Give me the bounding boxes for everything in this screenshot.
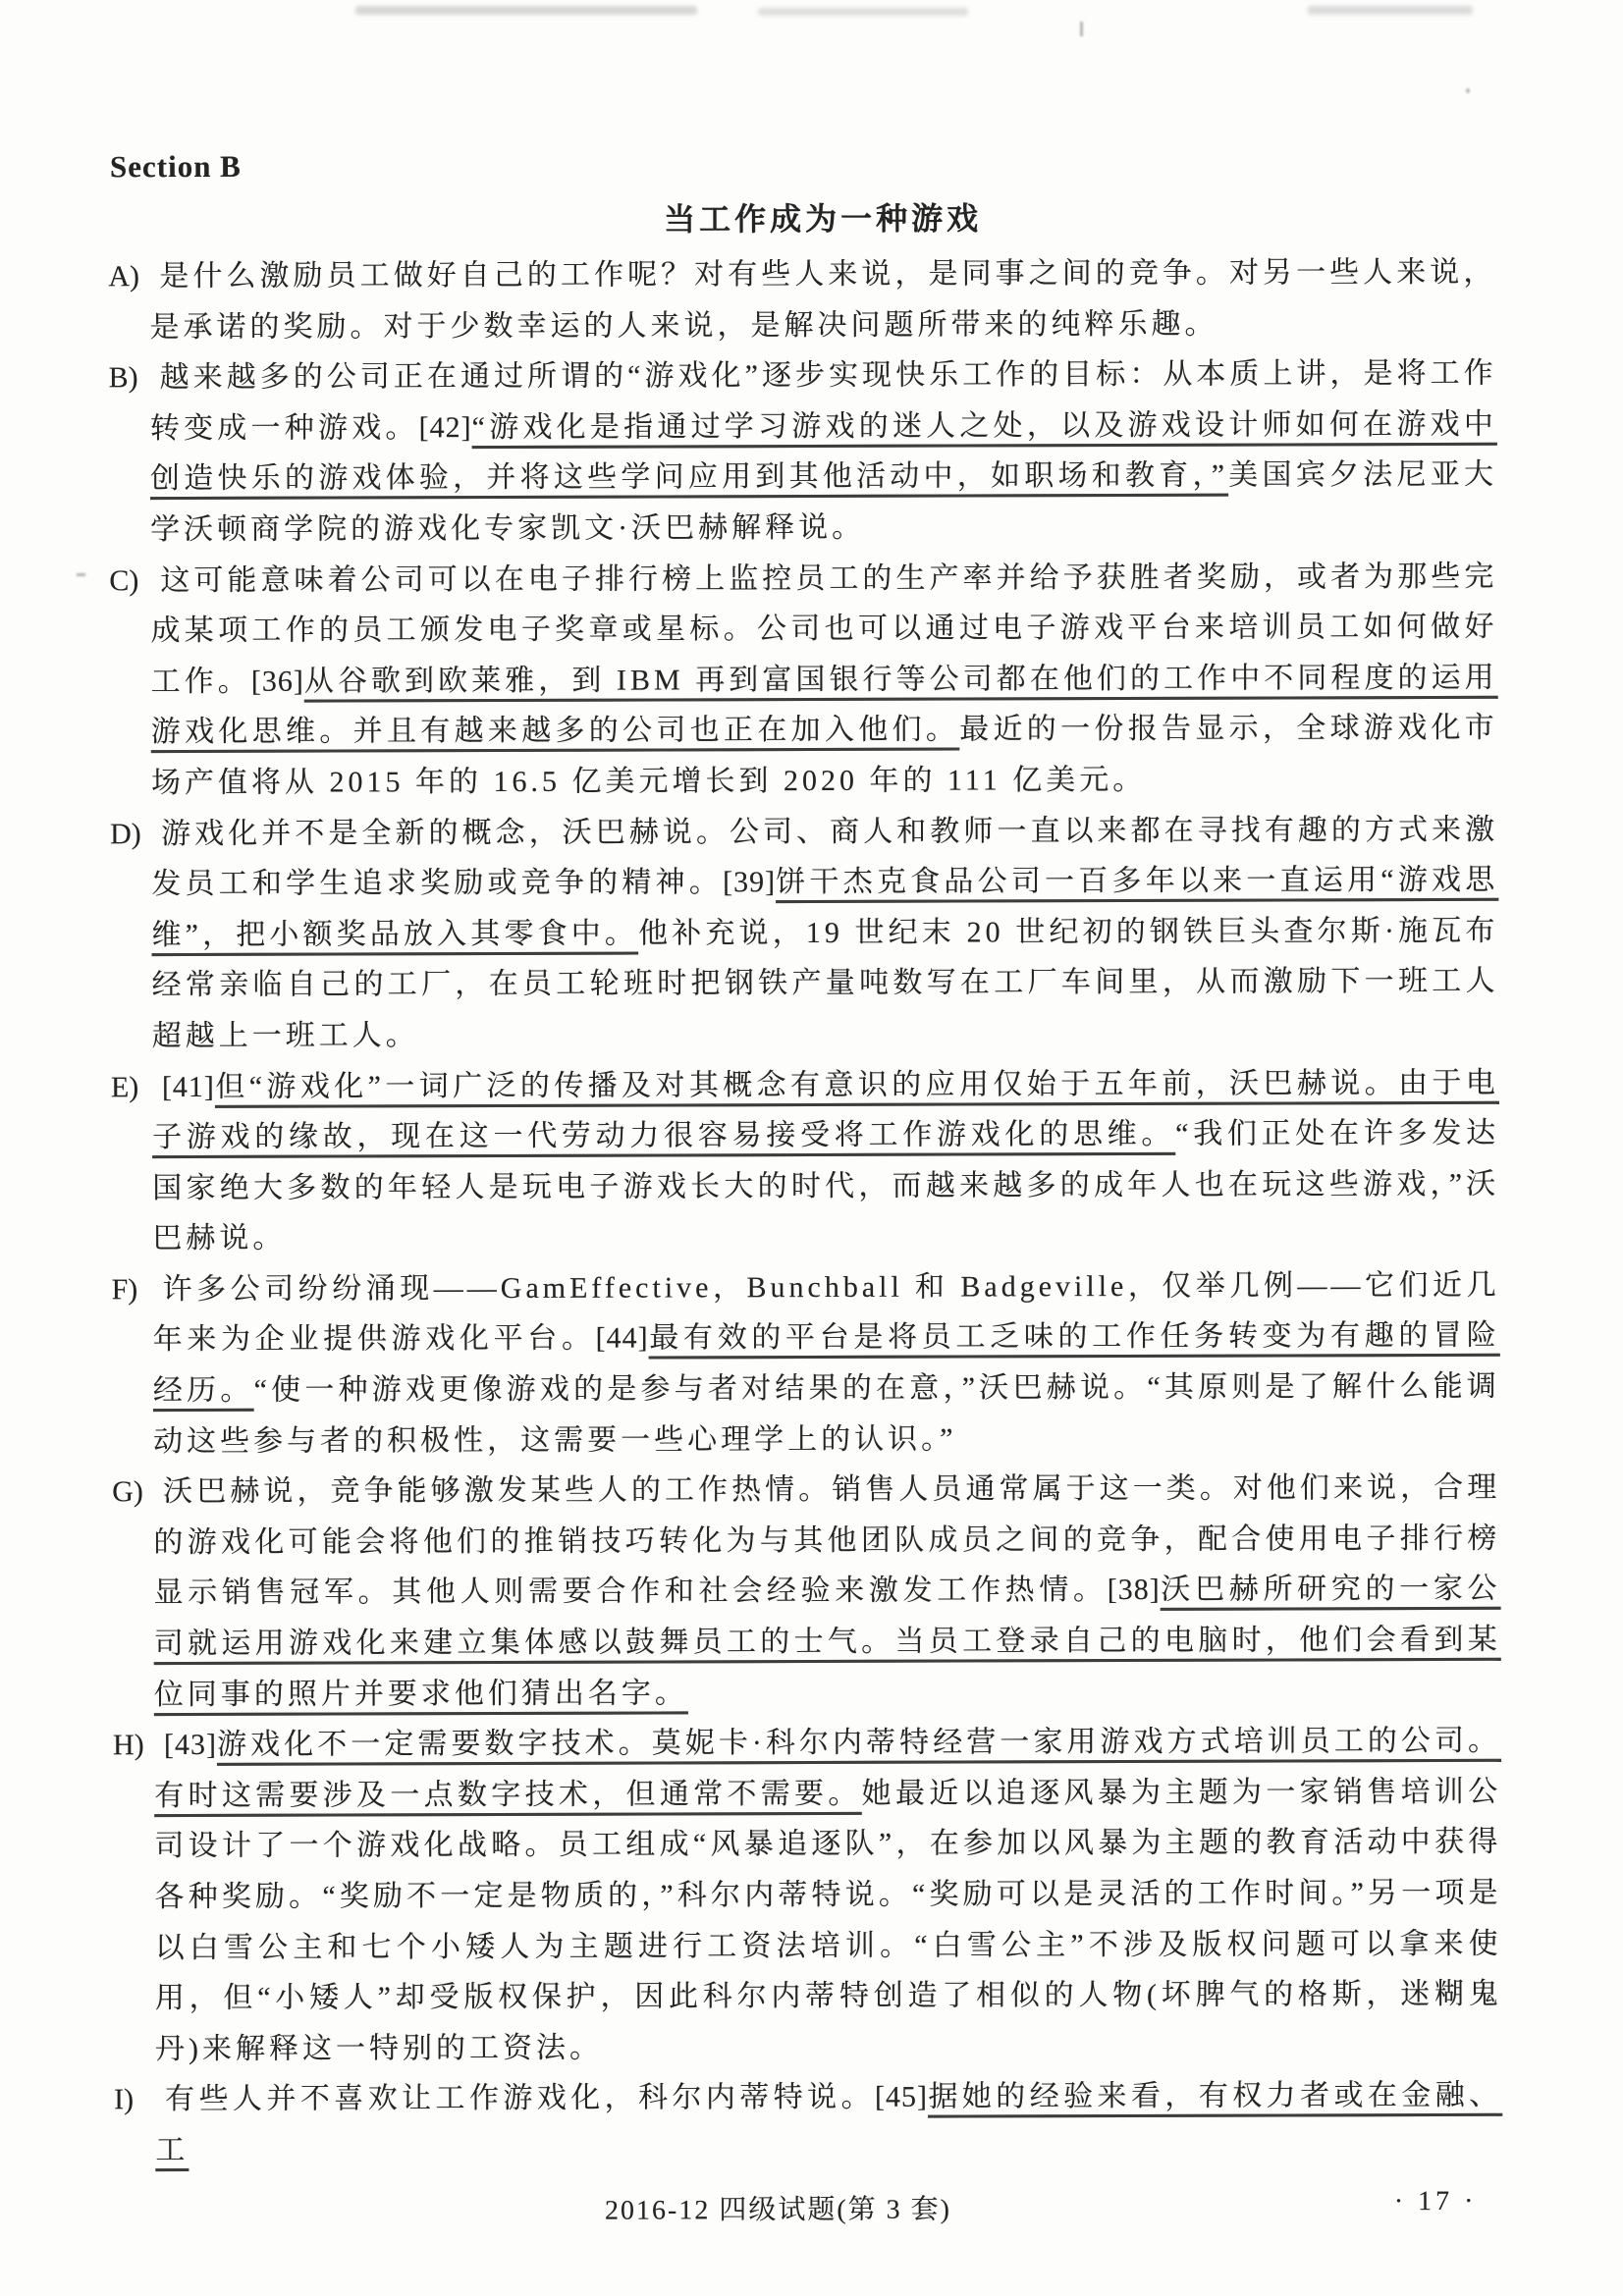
paragraph: D)游戏化并不是全新的概念，沃巴赫说。公司、商人和教师一直以来都在寻找有趣的方式… [151, 804, 1499, 1061]
passage-title: 当工作成为一种游戏 [149, 196, 1496, 241]
paragraph-label: A) [108, 251, 149, 302]
paragraph: F)许多公司纷纷涌现——GamEffective，Bunchball 和 Bad… [152, 1260, 1500, 1468]
paragraph-label: I) [114, 2074, 155, 2125]
page-number: · 17 · [1394, 2185, 1478, 2216]
answer-marker: [45] [875, 2081, 928, 2113]
paragraph: A)是什么激励员工做好自己的工作呢？对有些人来说，是同事之间的竞争。对另一些人来… [149, 247, 1496, 352]
answer-marker: [43] [164, 1729, 217, 1761]
paragraph-label: E) [111, 1062, 152, 1113]
answer-marker: [44] [596, 1322, 649, 1355]
paragraph-text: [41]但“游戏化”一词广泛的传播及对其概念有意识的应用仅始于五年前，沃巴赫说。… [152, 1057, 1500, 1264]
answer-marker: [39] [723, 866, 776, 898]
paragraph-text: 这可能意味着公司可以在电子排行榜上监控员工的生产率并给予获胜者奖励，或者为那些完… [150, 551, 1498, 808]
exam-label: 2016-12 四级试题(第 3 套) [104, 2186, 1451, 2229]
paragraph: C)这可能意味着公司可以在电子排行榜上监控员工的生产率并给予获胜者奖励，或者为那… [150, 551, 1498, 808]
answer-marker: [38] [1108, 1574, 1161, 1606]
paragraph-text: [43]游戏化不一定需要数字技术。莫妮卡·科尔内蒂特经营一家用游戏方式培训员工的… [154, 1716, 1502, 2074]
text-run: 有些人并不喜欢让工作游戏化，科尔内蒂特说。 [165, 2081, 875, 2115]
answer-marker: [36] [251, 665, 304, 697]
paragraph-label: C) [109, 556, 150, 607]
answer-marker: [42] [419, 411, 472, 444]
paragraph: E)[41]但“游戏化”一词广泛的传播及对其概念有意识的应用仅始于五年前，沃巴赫… [152, 1057, 1500, 1264]
paragraph-text: 越来越多的公司正在通过所谓的“游戏化”逐步实现快乐工作的目标：从本质上讲，是将工… [150, 348, 1498, 556]
text-run: 是什么激励员工做好自己的工作呢？对有些人来说，是同事之间的竞争。对另一些人来说，… [149, 256, 1496, 344]
paragraph-text: 许多公司纷纷涌现——GamEffective，Bunchball 和 Badge… [152, 1260, 1500, 1468]
document-page: Section B 当工作成为一种游戏 A)是什么激励员工做好自己的工作呢？对有… [0, 0, 1623, 2296]
paragraph-text: 有些人并不喜欢让工作游戏化，科尔内蒂特说。[45]据她的经验来看，有权力者或在金… [155, 2070, 1502, 2175]
text-run: 她最近以追逐风暴为主题为一家销售培训公司设计了一个游戏化战略。员工组成“风暴追逐… [154, 1776, 1502, 2065]
page-content: Section B 当工作成为一种游戏 A)是什么激励员工做好自己的工作呢？对有… [0, 0, 1623, 2229]
paragraph: B)越来越多的公司正在通过所谓的“游戏化”逐步实现快乐工作的目标：从本质上讲，是… [150, 348, 1498, 556]
paragraph-label: B) [109, 352, 150, 403]
paragraph: H)[43]游戏化不一定需要数字技术。莫妮卡·科尔内蒂特经营一家用游戏方式培训员… [154, 1716, 1502, 2074]
paragraph-label: H) [113, 1720, 154, 1771]
paragraph-text: 是什么激励员工做好自己的工作呢？对有些人来说，是同事之间的竞争。对另一些人来说，… [149, 247, 1496, 352]
text-run: “使一种游戏更像游戏的是参与者对结果的在意，”沃巴赫说。“其原则是了解什么能调动… [153, 1370, 1500, 1458]
paragraph-label: F) [111, 1264, 152, 1315]
paragraph-label: D) [110, 809, 151, 860]
paragraph-text: 沃巴赫说，竞争能够激发某些人的工作热情。销售人员通常属于这一类。对他们来说，合理… [153, 1463, 1501, 1720]
paragraph-text: 游戏化并不是全新的概念，沃巴赫说。公司、商人和教师一直以来都在寻找有趣的方式来激… [151, 804, 1499, 1061]
paragraph: I)有些人并不喜欢让工作游戏化，科尔内蒂特说。[45]据她的经验来看，有权力者或… [155, 2070, 1502, 2175]
page-footer: 2016-12 四级试题(第 3 套) · 17 · [155, 2185, 1502, 2228]
paragraph-list: A)是什么激励员工做好自己的工作呢？对有些人来说，是同事之间的竞争。对另一些人来… [0, 246, 1623, 2176]
paragraph: G)沃巴赫说，竞争能够激发某些人的工作热情。销售人员通常属于这一类。对他们来说，… [153, 1463, 1501, 1720]
answer-marker: [41] [162, 1070, 215, 1102]
section-heading: Section B [110, 144, 1620, 185]
paragraph-label: G) [112, 1467, 153, 1518]
